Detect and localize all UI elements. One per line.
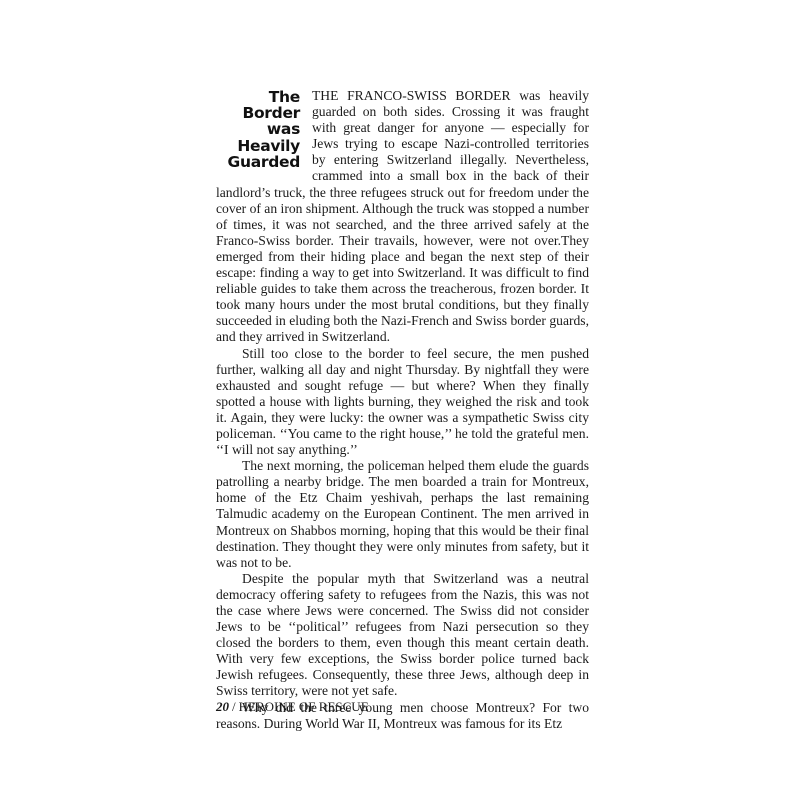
running-title: HEROINE OF RESCUE: [239, 699, 369, 714]
side-heading-line: Guarded: [216, 154, 300, 170]
footer-separator: /: [232, 699, 236, 714]
side-heading: The Border was Heavily Guarded: [216, 89, 300, 170]
page-number: 20: [216, 699, 229, 714]
paragraph-4: Despite the popular myth that Switzerlan…: [216, 571, 589, 700]
paragraph-1: The Border was Heavily Guarded THE FRANC…: [216, 88, 589, 346]
side-heading-line: The Border: [216, 89, 300, 121]
page-footer: 20/HEROINE OF RESCUE: [216, 699, 369, 715]
paragraph-3: The next morning, the policeman helped t…: [216, 458, 589, 571]
side-heading-line: was Heavily: [216, 121, 300, 153]
paragraph-2: Still too close to the border to feel se…: [216, 346, 589, 459]
page-body: The Border was Heavily Guarded THE FRANC…: [216, 88, 589, 732]
